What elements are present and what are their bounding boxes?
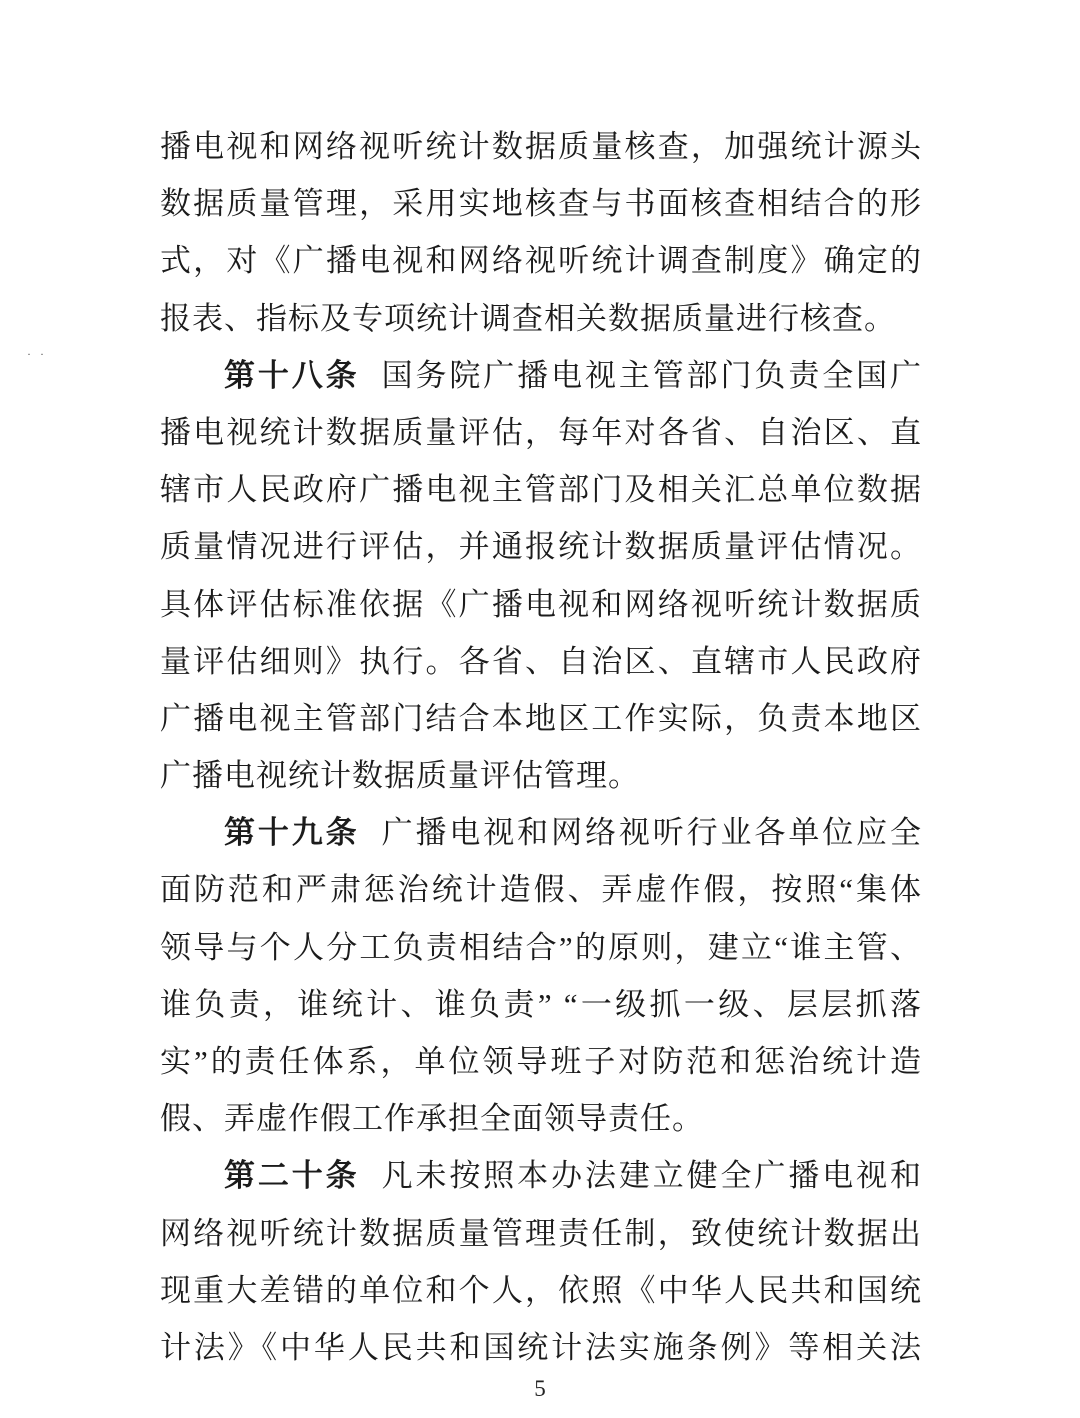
line-text: 广播电视和网络视听行业各单位应全 [382, 815, 922, 850]
line-text: 播电视统计数据质量评估，每年对各省、自治区、直 [160, 415, 922, 450]
text-line-3: 式，对《广播电视和网络视听统计调查制度》确定的 [160, 232, 922, 289]
text-line-22: 计法》《中华人民共和国统计法实施条例》等相关法 [160, 1319, 922, 1376]
text-line-8: 质量情况进行评估，并通报统计数据质量评估情况。 [160, 518, 922, 575]
line-text: 式，对《广播电视和网络视听统计调查制度》确定的 [160, 243, 922, 278]
article-number: 第二十条 [224, 1158, 360, 1193]
document-page: · · 播电视和网络视听统计数据质量核查，加强统计源头数据质量管理，采用实地核查… [0, 0, 1080, 1418]
line-text: 具体评估标准依据《广播电视和网络视听统计数据质 [160, 587, 922, 622]
page-number: 5 [0, 1374, 1080, 1404]
text-line-4: 报表、指标及专项统计调查相关数据质量进行核查。 [160, 290, 922, 347]
line-text: 假、弄虚作假工作承担全面领导责任。 [160, 1101, 704, 1136]
text-line-11: 广播电视主管部门结合本地区工作实际，负责本地区 [160, 690, 922, 747]
text-line-5: 第十八条国务院广播电视主管部门负责全国广 [160, 347, 922, 404]
line-text: 质量情况进行评估，并通报统计数据质量评估情况。 [160, 529, 922, 564]
scan-artifact: · · [27, 348, 47, 360]
line-text: 广播电视主管部门结合本地区工作实际，负责本地区 [160, 701, 922, 736]
article-number: 第十九条 [224, 815, 360, 850]
text-line-16: 谁负责，谁统计、谁负责” “一级抓一级、层层抓落 [160, 976, 922, 1033]
text-line-7: 辖市人民政府广播电视主管部门及相关汇总单位数据 [160, 461, 922, 518]
text-line-1: 播电视和网络视听统计数据质量核查，加强统计源头 [160, 118, 922, 175]
text-line-14: 面防范和严肃惩治统计造假、弄虚作假，按照“集体 [160, 861, 922, 918]
line-text: 凡未按照本办法建立健全广播电视和 [382, 1158, 922, 1193]
text-line-9: 具体评估标准依据《广播电视和网络视听统计数据质 [160, 576, 922, 633]
text-line-15: 领导与个人分工负责相结合”的原则，建立“谁主管、 [160, 919, 922, 976]
line-text: 辖市人民政府广播电视主管部门及相关汇总单位数据 [160, 472, 922, 507]
line-text: 广播电视统计数据质量评估管理。 [160, 758, 640, 793]
text-line-13: 第十九条广播电视和网络视听行业各单位应全 [160, 804, 922, 861]
text-line-20: 网络视听统计数据质量管理责任制，致使统计数据出 [160, 1205, 922, 1262]
article-number: 第十八条 [224, 358, 360, 393]
line-text: 实”的责任体系，单位领导班子对防范和惩治统计造 [160, 1044, 922, 1079]
line-text: 计法》《中华人民共和国统计法实施条例》等相关法 [160, 1330, 922, 1365]
text-line-10: 量评估细则》执行。各省、自治区、直辖市人民政府 [160, 633, 922, 690]
line-text: 网络视听统计数据质量管理责任制，致使统计数据出 [160, 1216, 922, 1251]
line-text: 播电视和网络视听统计数据质量核查，加强统计源头 [160, 129, 922, 164]
text-line-6: 播电视统计数据质量评估，每年对各省、自治区、直 [160, 404, 922, 461]
line-text: 国务院广播电视主管部门负责全国广 [382, 358, 922, 393]
line-text: 数据质量管理，采用实地核查与书面核查相结合的形 [160, 186, 922, 221]
text-line-17: 实”的责任体系，单位领导班子对防范和惩治统计造 [160, 1033, 922, 1090]
text-line-2: 数据质量管理，采用实地核查与书面核查相结合的形 [160, 175, 922, 232]
text-line-21: 现重大差错的单位和个人，依照《中华人民共和国统 [160, 1262, 922, 1319]
line-text: 谁负责，谁统计、谁负责” “一级抓一级、层层抓落 [160, 987, 922, 1022]
text-line-12: 广播电视统计数据质量评估管理。 [160, 747, 922, 804]
text-line-18: 假、弄虚作假工作承担全面领导责任。 [160, 1090, 922, 1147]
line-text: 量评估细则》执行。各省、自治区、直辖市人民政府 [160, 644, 922, 679]
line-text: 现重大差错的单位和个人，依照《中华人民共和国统 [160, 1273, 922, 1308]
text-line-19: 第二十条凡未按照本办法建立健全广播电视和 [160, 1147, 922, 1204]
line-text: 面防范和严肃惩治统计造假、弄虚作假，按照“集体 [160, 872, 922, 907]
line-text: 报表、指标及专项统计调查相关数据质量进行核查。 [160, 301, 896, 336]
line-text: 领导与个人分工负责相结合”的原则，建立“谁主管、 [160, 930, 922, 965]
text-block: 播电视和网络视听统计数据质量核查，加强统计源头数据质量管理，采用实地核查与书面核… [160, 118, 922, 1376]
